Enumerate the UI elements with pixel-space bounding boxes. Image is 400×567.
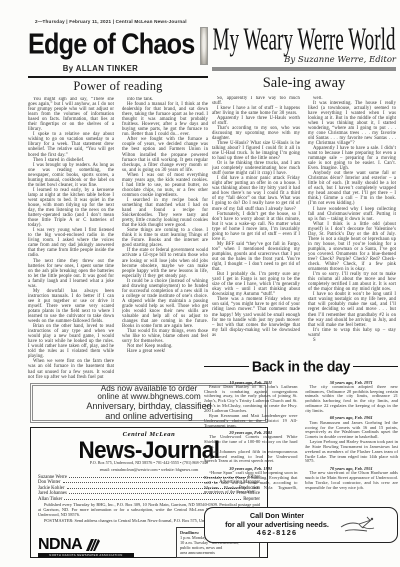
body-paragraph: I was brought up by readers. As long as … — [28, 163, 114, 188]
body-paragraph: I was very young when I first listened t… — [28, 228, 114, 258]
newspaper-page: 2—Thursday | February 11, 2021 | Central… — [0, 0, 400, 567]
body-paragraph: There was a moment Friday when my son sa… — [212, 297, 300, 337]
body-paragraph: It was interesting. The house I really l… — [308, 101, 396, 146]
era-paragraph: Pastor Dean Hartley of St. John’s Luther… — [204, 385, 298, 414]
body-paragraph: I searched in my recipe book for somethi… — [122, 198, 208, 228]
history-column-2: 50 years ago, Feb. 1971The city commissi… — [305, 378, 399, 502]
article-column-1: So, apparently I have way too much stuff… — [212, 96, 300, 348]
werre-world-title-wrap: My Weary Werre World — [212, 22, 396, 53]
era-paragraph: Layton Freborg and Harley Swanson took p… — [305, 440, 399, 464]
body-paragraph: I have wondered why I keep collecting fa… — [308, 207, 396, 222]
body-paragraph: I learned to read early, by a kerosene l… — [28, 188, 114, 228]
era-paragraph: The Underwood Comets outgunned White Shi… — [204, 435, 298, 450]
body-paragraph: S — [308, 338, 396, 343]
history-column-1: 10 years ago, Feb. 2011Pastor Dean Hartl… — [204, 378, 298, 502]
header-rule — [28, 76, 208, 78]
back-in-the-day-body: 10 years ago, Feb. 2011Pastor Dean Hartl… — [204, 378, 398, 502]
body-paragraph: I spoke to a relative one day about wish… — [28, 132, 114, 157]
edge-of-chaos-column: Edge of Chaos By ALLAN TINKER Power of r… — [28, 27, 208, 390]
header-rule-left — [204, 366, 249, 367]
body-paragraph: I’m so sorry. I’ll really try not to mak… — [308, 272, 396, 292]
era-paragraph: Ryan Kerzmann and Matt Landenberger were… — [204, 414, 298, 429]
article-column-2: well.It was interesting. The house I rea… — [308, 96, 396, 348]
header-rule-right — [353, 366, 398, 367]
body-paragraph: Or is he thinking three trucks, and I am… — [212, 161, 300, 176]
body-paragraph: That would fix many things, even those w… — [122, 329, 208, 344]
body-paragraph: That’s according to my son, who was disc… — [212, 126, 300, 141]
edge-of-chaos-title-wrap: Edge of Chaos By ALLAN TINKER — [28, 27, 200, 73]
edge-of-chaos-byline: By ALLAN TINKER — [28, 64, 173, 73]
ndna-association-bar: NORTH DAKOTA NEWSPAPER ASSOCIATION — [38, 553, 134, 558]
era-paragraph: “Home Spun” craft shop will be opening s… — [204, 471, 298, 495]
body-paragraph: I knew I have a lot of stuff – it happen… — [212, 106, 300, 116]
body-paragraph: But I probably do. I’m pretty sure any y… — [212, 272, 300, 297]
werre-world-subtitle: Sale-ing away — [212, 75, 396, 92]
body-paragraph: When we were first on the farm there was… — [28, 359, 114, 379]
body-paragraph: Apparently I have to have a sale. I didn… — [308, 146, 396, 171]
article-column-1: You might sigh and say, “There she goes … — [28, 97, 114, 390]
body-paragraph: Some things are coming to a close. I thi… — [122, 228, 208, 248]
don-winter-ad: Call Don Winter for all your advertising… — [204, 507, 398, 543]
era-paragraph: Tom Rasmussen and James Goehring led the… — [305, 421, 399, 440]
columnist-photo — [200, 27, 208, 65]
don-winter-ad-text: Call Don Winter for all your advertising… — [225, 512, 329, 538]
body-paragraph: What I think is a little odd (about myse… — [308, 222, 396, 272]
edge-of-chaos-subtitle: Power of reading — [28, 79, 208, 94]
ndna-logo-top: NDNA — [38, 538, 134, 552]
body-paragraph: My BFF said “they’ve got fall in Fargo, … — [212, 242, 300, 272]
body-paragraph: If the state or federal government would… — [122, 248, 208, 278]
werre-world-body: So, apparently I have way too much stuff… — [212, 96, 396, 348]
body-paragraph: He found a manual for it, I think at the… — [122, 102, 208, 137]
body-paragraph: Have a great week! — [122, 349, 208, 354]
ndna-logo: NDNA NORTH DAKOTA NEWSPAPER ASSOCIATION — [38, 538, 134, 558]
body-paragraph: When I was out of most everything many y… — [122, 173, 208, 198]
body-paragraph: Apparently I have three U-Hauls worth of… — [212, 116, 300, 126]
dotted-leader — [63, 482, 218, 483]
body-paragraph: Brian on the other hand, loved to read i… — [28, 324, 114, 359]
era-paragraph: Matt Johannes placed fifth in extemporan… — [204, 450, 298, 465]
body-paragraph: It’s time to wrap this baby up – stay wa… — [308, 328, 396, 338]
era-paragraph: The new storefront of the Olson Hardware… — [305, 471, 399, 490]
body-paragraph: Anybody out there want some fall or Chri… — [308, 171, 396, 206]
edge-of-chaos-body: You might sigh and say, “There she goes … — [28, 97, 208, 390]
ad-doodle-illustration — [337, 513, 377, 537]
body-paragraph: I did have a minor panic attack Friday n… — [212, 176, 300, 211]
ndna-wordmark: NDNA — [38, 538, 82, 552]
body-paragraph: Fortunately, I didn’t get the house, so … — [212, 212, 300, 242]
back-in-the-day-title: Back in the day — [252, 357, 350, 374]
edge-of-chaos-title: Edge of Chaos — [28, 27, 194, 61]
era-paragraph: The city commission adopted three new or… — [305, 385, 399, 414]
body-paragraph: Three U-Hauls? What size U-Hauls is he t… — [212, 141, 300, 161]
edge-of-chaos-header: Edge of Chaos By ALLAN TINKER — [28, 27, 208, 73]
back-in-the-day-section: Back in the day 10 years ago, Feb. 2011P… — [204, 358, 398, 543]
werre-world-column: My Weary Werre World By Suzanne Werre, E… — [212, 22, 396, 348]
back-in-the-day-header: Back in the day — [204, 358, 398, 374]
folio-line: 2—Thursday | February 11, 2021 | Central… — [35, 19, 187, 24]
ad-phone-number: 462-8126 — [225, 529, 329, 538]
body-paragraph: The next time they threw out the batteri… — [28, 259, 114, 289]
body-paragraph: It could be a choice (instead of whining… — [122, 279, 208, 329]
werre-world-title: My Weary Werre World — [212, 22, 395, 58]
body-paragraph: After we fought with the furnace a coupl… — [122, 137, 208, 172]
ndna-emblem-icon — [84, 539, 100, 552]
body-paragraph: You might sigh and say, “There she goes … — [28, 97, 114, 132]
body-paragraph: area announcements — [180, 550, 256, 555]
article-column-2: into the tank.He found a manual for it, … — [122, 97, 208, 390]
gray-header-bar — [212, 67, 396, 71]
body-paragraph: I have no doubt it won’t be long until I… — [308, 292, 396, 327]
body-paragraph: So, apparently I have way too much stuff… — [212, 96, 300, 106]
body-paragraph: My downfall has always been instruction … — [28, 289, 114, 324]
